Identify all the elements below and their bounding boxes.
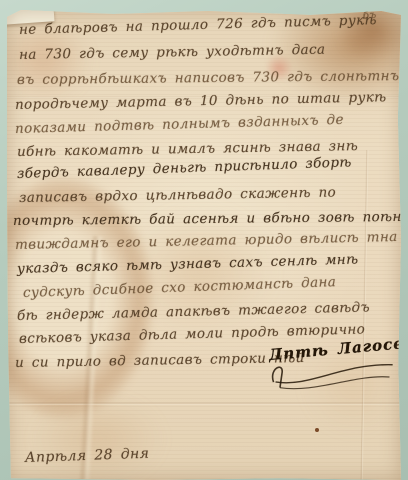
paper-sheet: бъ не блаѣровъ на прошло 726 гдъ писмъ р… <box>7 10 401 480</box>
manuscript-photo: бъ не блаѣровъ на прошло 726 гдъ писмъ р… <box>0 0 408 480</box>
ink-speck <box>315 428 319 432</box>
